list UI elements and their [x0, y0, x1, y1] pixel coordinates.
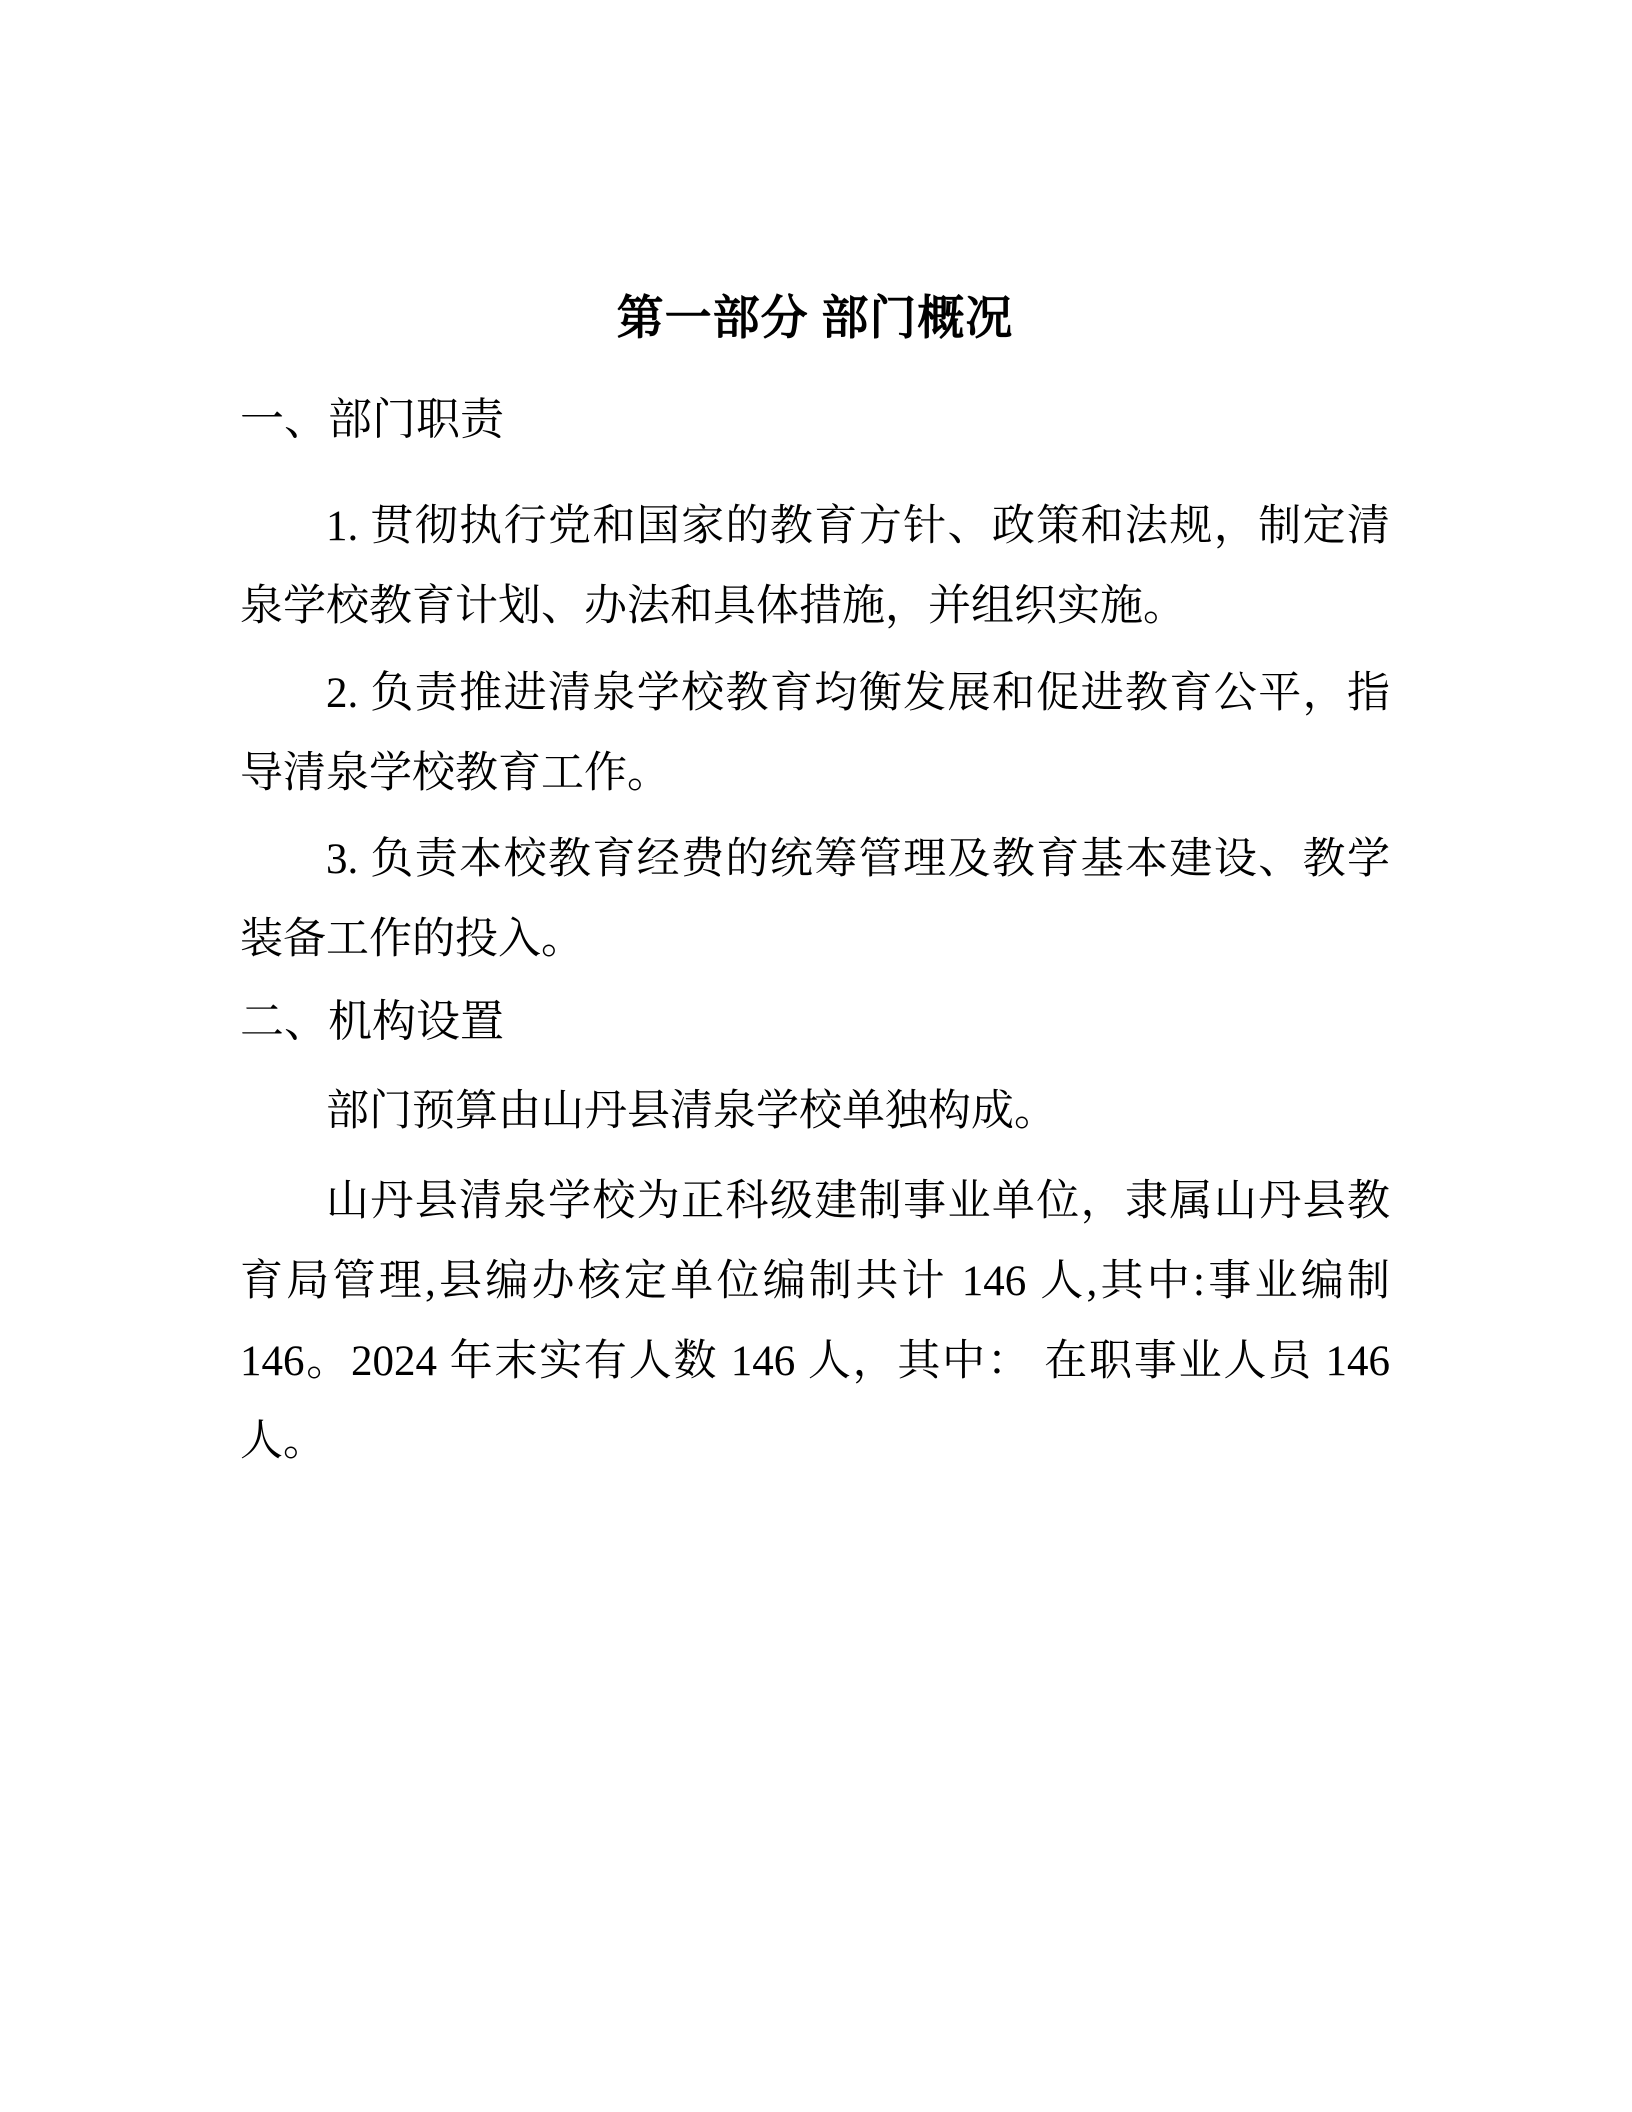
section-heading-duties: 一、部门职责 — [240, 390, 1390, 450]
document-page: 第一部分 部门概况 一、部门职责 1. 贯彻执行党和国家的教育方针、政策和法规，… — [0, 0, 1632, 2112]
section-heading-organization: 二、机构设置 — [240, 992, 1390, 1052]
duties-paragraph-2: 2. 负责推进清泉学校教育均衡发展和促进教育公平，指导清泉学校教育工作。 — [240, 654, 1390, 814]
document-title: 第一部分 部门概况 — [240, 288, 1390, 350]
duties-paragraph-3: 3. 负责本校教育经费的统筹管理及教育基本建设、教学装备工作的投入。 — [240, 820, 1390, 980]
organization-paragraph-2: 山丹县清泉学校为正科级建制事业单位，隶属山丹县教育局管理,县编办核定单位编制共计… — [240, 1162, 1390, 1482]
organization-paragraph-1: 部门预算由山丹县清泉学校单独构成。 — [240, 1072, 1390, 1152]
duties-paragraph-1: 1. 贯彻执行党和国家的教育方针、政策和法规，制定清泉学校教育计划、办法和具体措… — [240, 487, 1390, 647]
document-content: 第一部分 部门概况 一、部门职责 1. 贯彻执行党和国家的教育方针、政策和法规，… — [0, 288, 1632, 1482]
